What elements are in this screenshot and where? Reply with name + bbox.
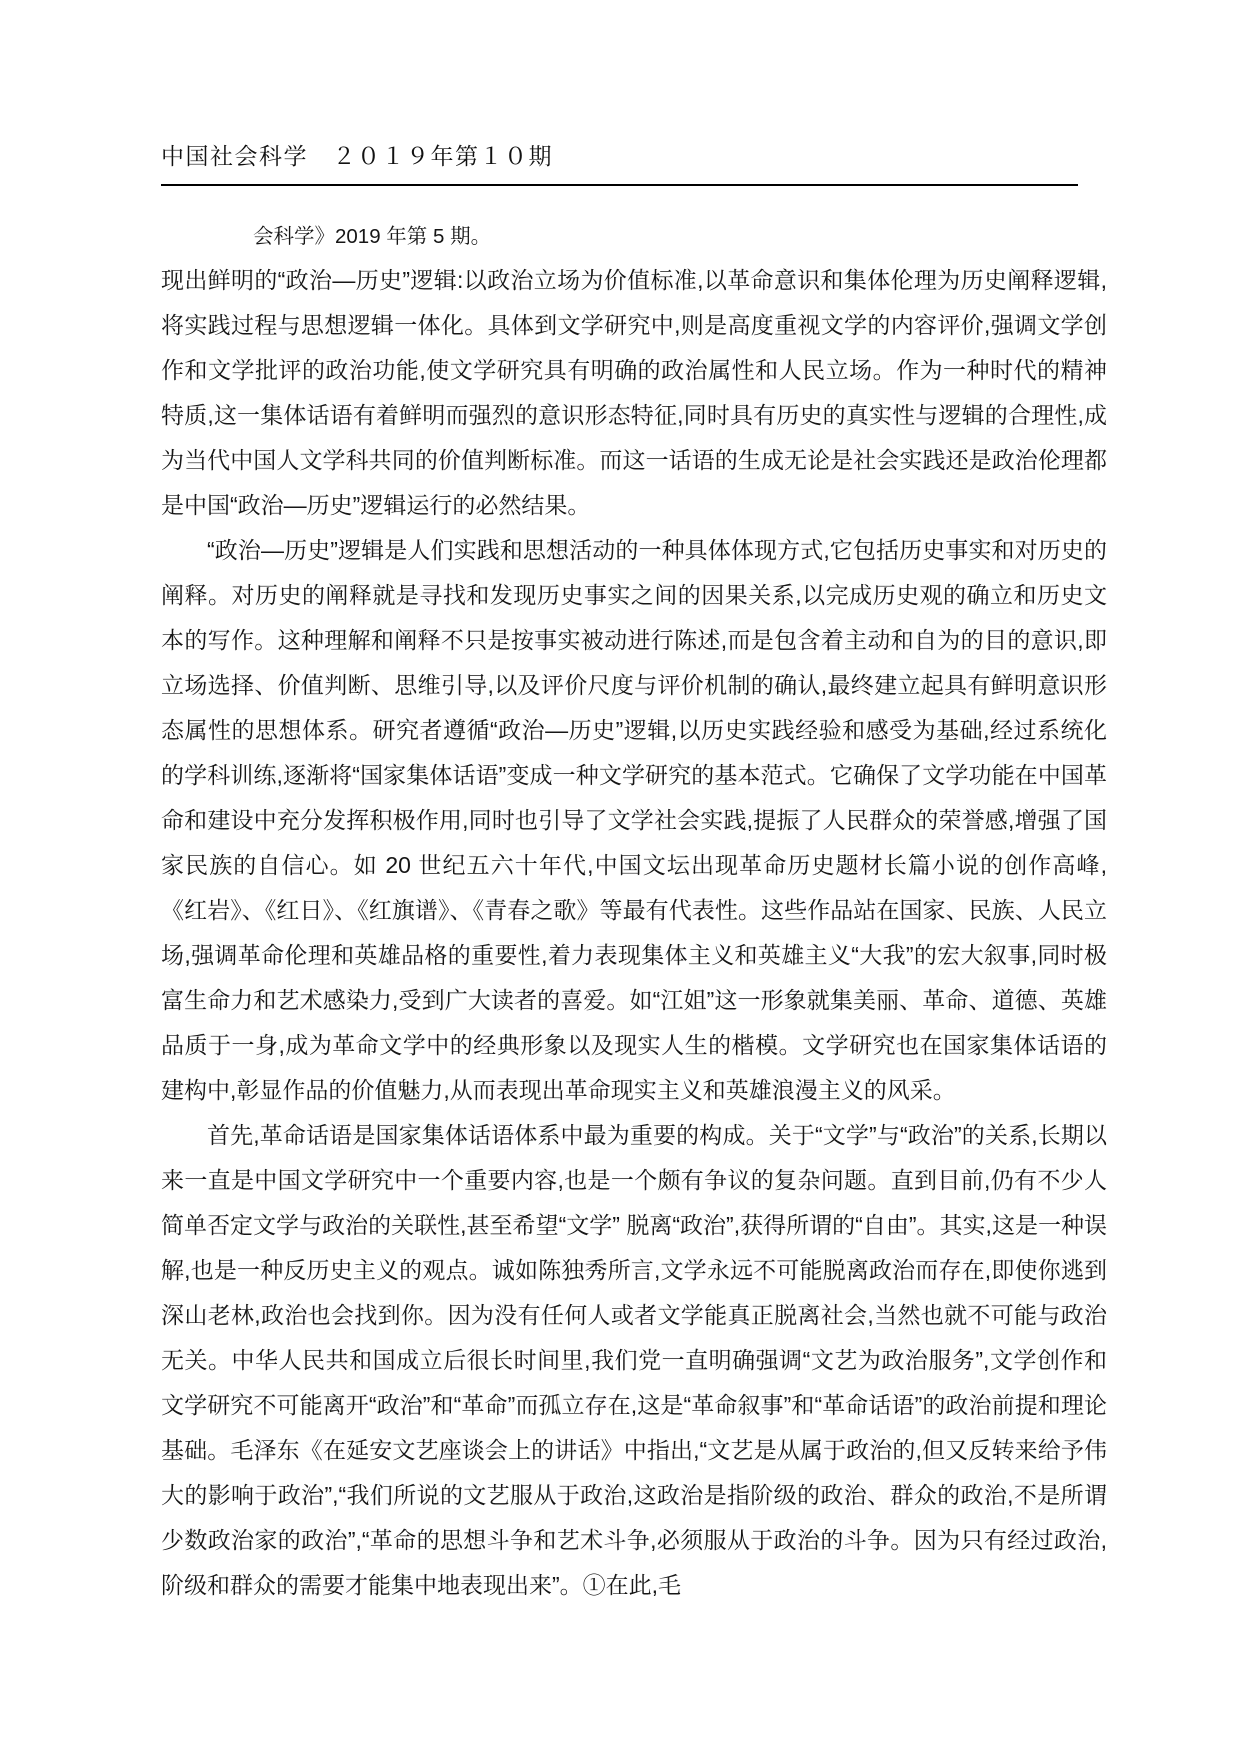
footnote-continuation: 会科学》2019 年第 5 期。: [161, 223, 1107, 251]
document-page: 中国社会科学 ２０１９年第１０期 会科学》2019 年第 5 期。 现出鲜明的“…: [0, 0, 1240, 1754]
body-paragraph-3: 首先,革命话语是国家集体话语体系中最为重要的构成。关于“文学”与“政治”的关系,…: [161, 1113, 1107, 1608]
body-paragraph-2: “政治—历史”逻辑是人们实践和思想活动的一种具体体现方式,它包括历史事实和对历史…: [161, 528, 1107, 1113]
journal-header-title: 中国社会科学 ２０１９年第１０期: [161, 138, 1107, 171]
article-body: 现出鲜明的“政治—历史”逻辑:以政治立场为价值标准,以革命意识和集体伦理为历史阐…: [161, 258, 1107, 1608]
header-rule: [161, 184, 1078, 186]
body-paragraph-1: 现出鲜明的“政治—历史”逻辑:以政治立场为价值标准,以革命意识和集体伦理为历史阐…: [161, 258, 1107, 528]
